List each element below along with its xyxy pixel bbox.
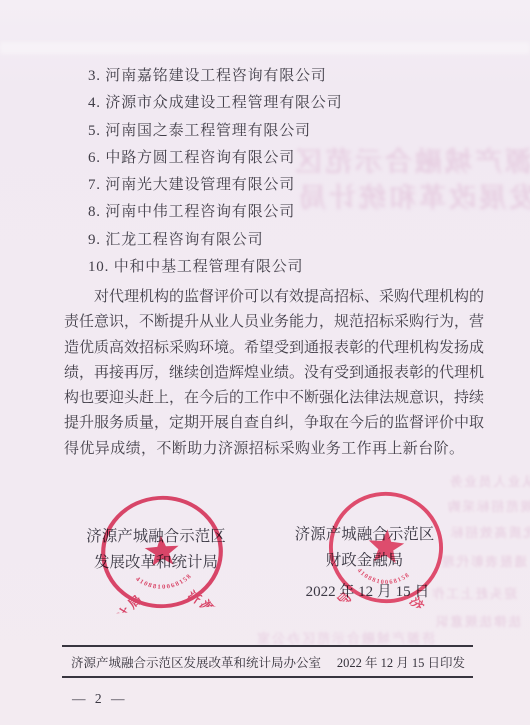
list-item: 3. 河南嘉铭建设工程咨询有限公司 bbox=[88, 63, 508, 90]
footer-rule-top bbox=[62, 645, 473, 647]
paragraph-line: 绩，再接再厉，继续创造辉煌业绩。没有受到通报表彰的代理机 bbox=[64, 361, 484, 386]
list-item: 8. 河南中伟工程咨询有限公司 bbox=[88, 199, 508, 226]
bleedthrough-text: 从业人员业务 bbox=[448, 472, 530, 490]
star-icon bbox=[367, 528, 405, 564]
document-page: 济源产城融合示范区 发展改革和统计局 从业人员业务 规范招标采购 优质高效招标 … bbox=[0, 0, 530, 725]
paragraph-line: 责任意识，不断提升从业人员业务能力，规范招标采购行为，营 bbox=[64, 310, 484, 335]
body-paragraph: 对代理机构的监督评价可以有效提高招标、采购代理机构的 责任意识，不断提升从业人员… bbox=[64, 285, 484, 462]
bleedthrough-text: 法律法规意识 bbox=[434, 612, 521, 630]
star-icon bbox=[144, 534, 180, 566]
paragraph-line: 构也要迎头赶上，在今后的工作中不断强化法律法规意识，持续 bbox=[64, 386, 484, 411]
footer-print-date: 2022 年 12 月 15 日印发 bbox=[337, 653, 465, 671]
seal-code: 4108810068158 bbox=[134, 572, 195, 593]
list-item: 10. 中和中基工程管理有限公司 bbox=[88, 254, 508, 281]
list-item: 7. 河南光大建设管理有限公司 bbox=[88, 172, 508, 199]
official-seal-right: 济源产城融合示范区财政金融局 4108810068158 bbox=[322, 485, 450, 610]
list-item: 4. 济源市众成建设工程管理有限公司 bbox=[88, 90, 508, 117]
footer-row: 济源产城融合示范区发展改革和统计局办公室 2022 年 12 月 15 日印发 bbox=[62, 653, 473, 671]
list-item: 6. 中路方圆工程咨询有限公司 bbox=[88, 145, 508, 172]
page-number: — 2 — bbox=[72, 691, 128, 707]
paragraph-line: 提升服务质量，定期开展自查自纠，争取在今后的监督评价中取 bbox=[64, 411, 484, 436]
official-seal-left: 济源产城融合示范区发展改革和统计局 4108810068158 bbox=[95, 490, 229, 615]
scan-artifact-band bbox=[0, 42, 530, 54]
list-item: 5. 河南国之泰工程管理有限公司 bbox=[88, 118, 508, 145]
list-item: 9. 汇龙工程咨询有限公司 bbox=[88, 227, 508, 254]
company-list: 3. 河南嘉铭建设工程咨询有限公司 4. 济源市众成建设工程管理有限公司 5. … bbox=[88, 63, 508, 281]
paragraph-line: 造优质高效招标采购环境。希望受到通报表彰的代理机构发扬成 bbox=[64, 336, 484, 361]
bleedthrough-text: 优质高效招标 bbox=[449, 523, 530, 541]
footer-rule-bottom bbox=[62, 676, 473, 678]
paragraph-line: 得优异成绩，不断助力济源招标采购业务工作再上新台阶。 bbox=[64, 437, 484, 462]
paragraph-line: 对代理机构的监督评价可以有效提高招标、采购代理机构的 bbox=[64, 285, 484, 310]
footer-office: 济源产城融合示范区发展改革和统计局办公室 bbox=[71, 653, 321, 671]
bleedthrough-text: 规范招标采购 bbox=[446, 497, 530, 515]
seal-code: 4108810068158 bbox=[355, 567, 412, 588]
